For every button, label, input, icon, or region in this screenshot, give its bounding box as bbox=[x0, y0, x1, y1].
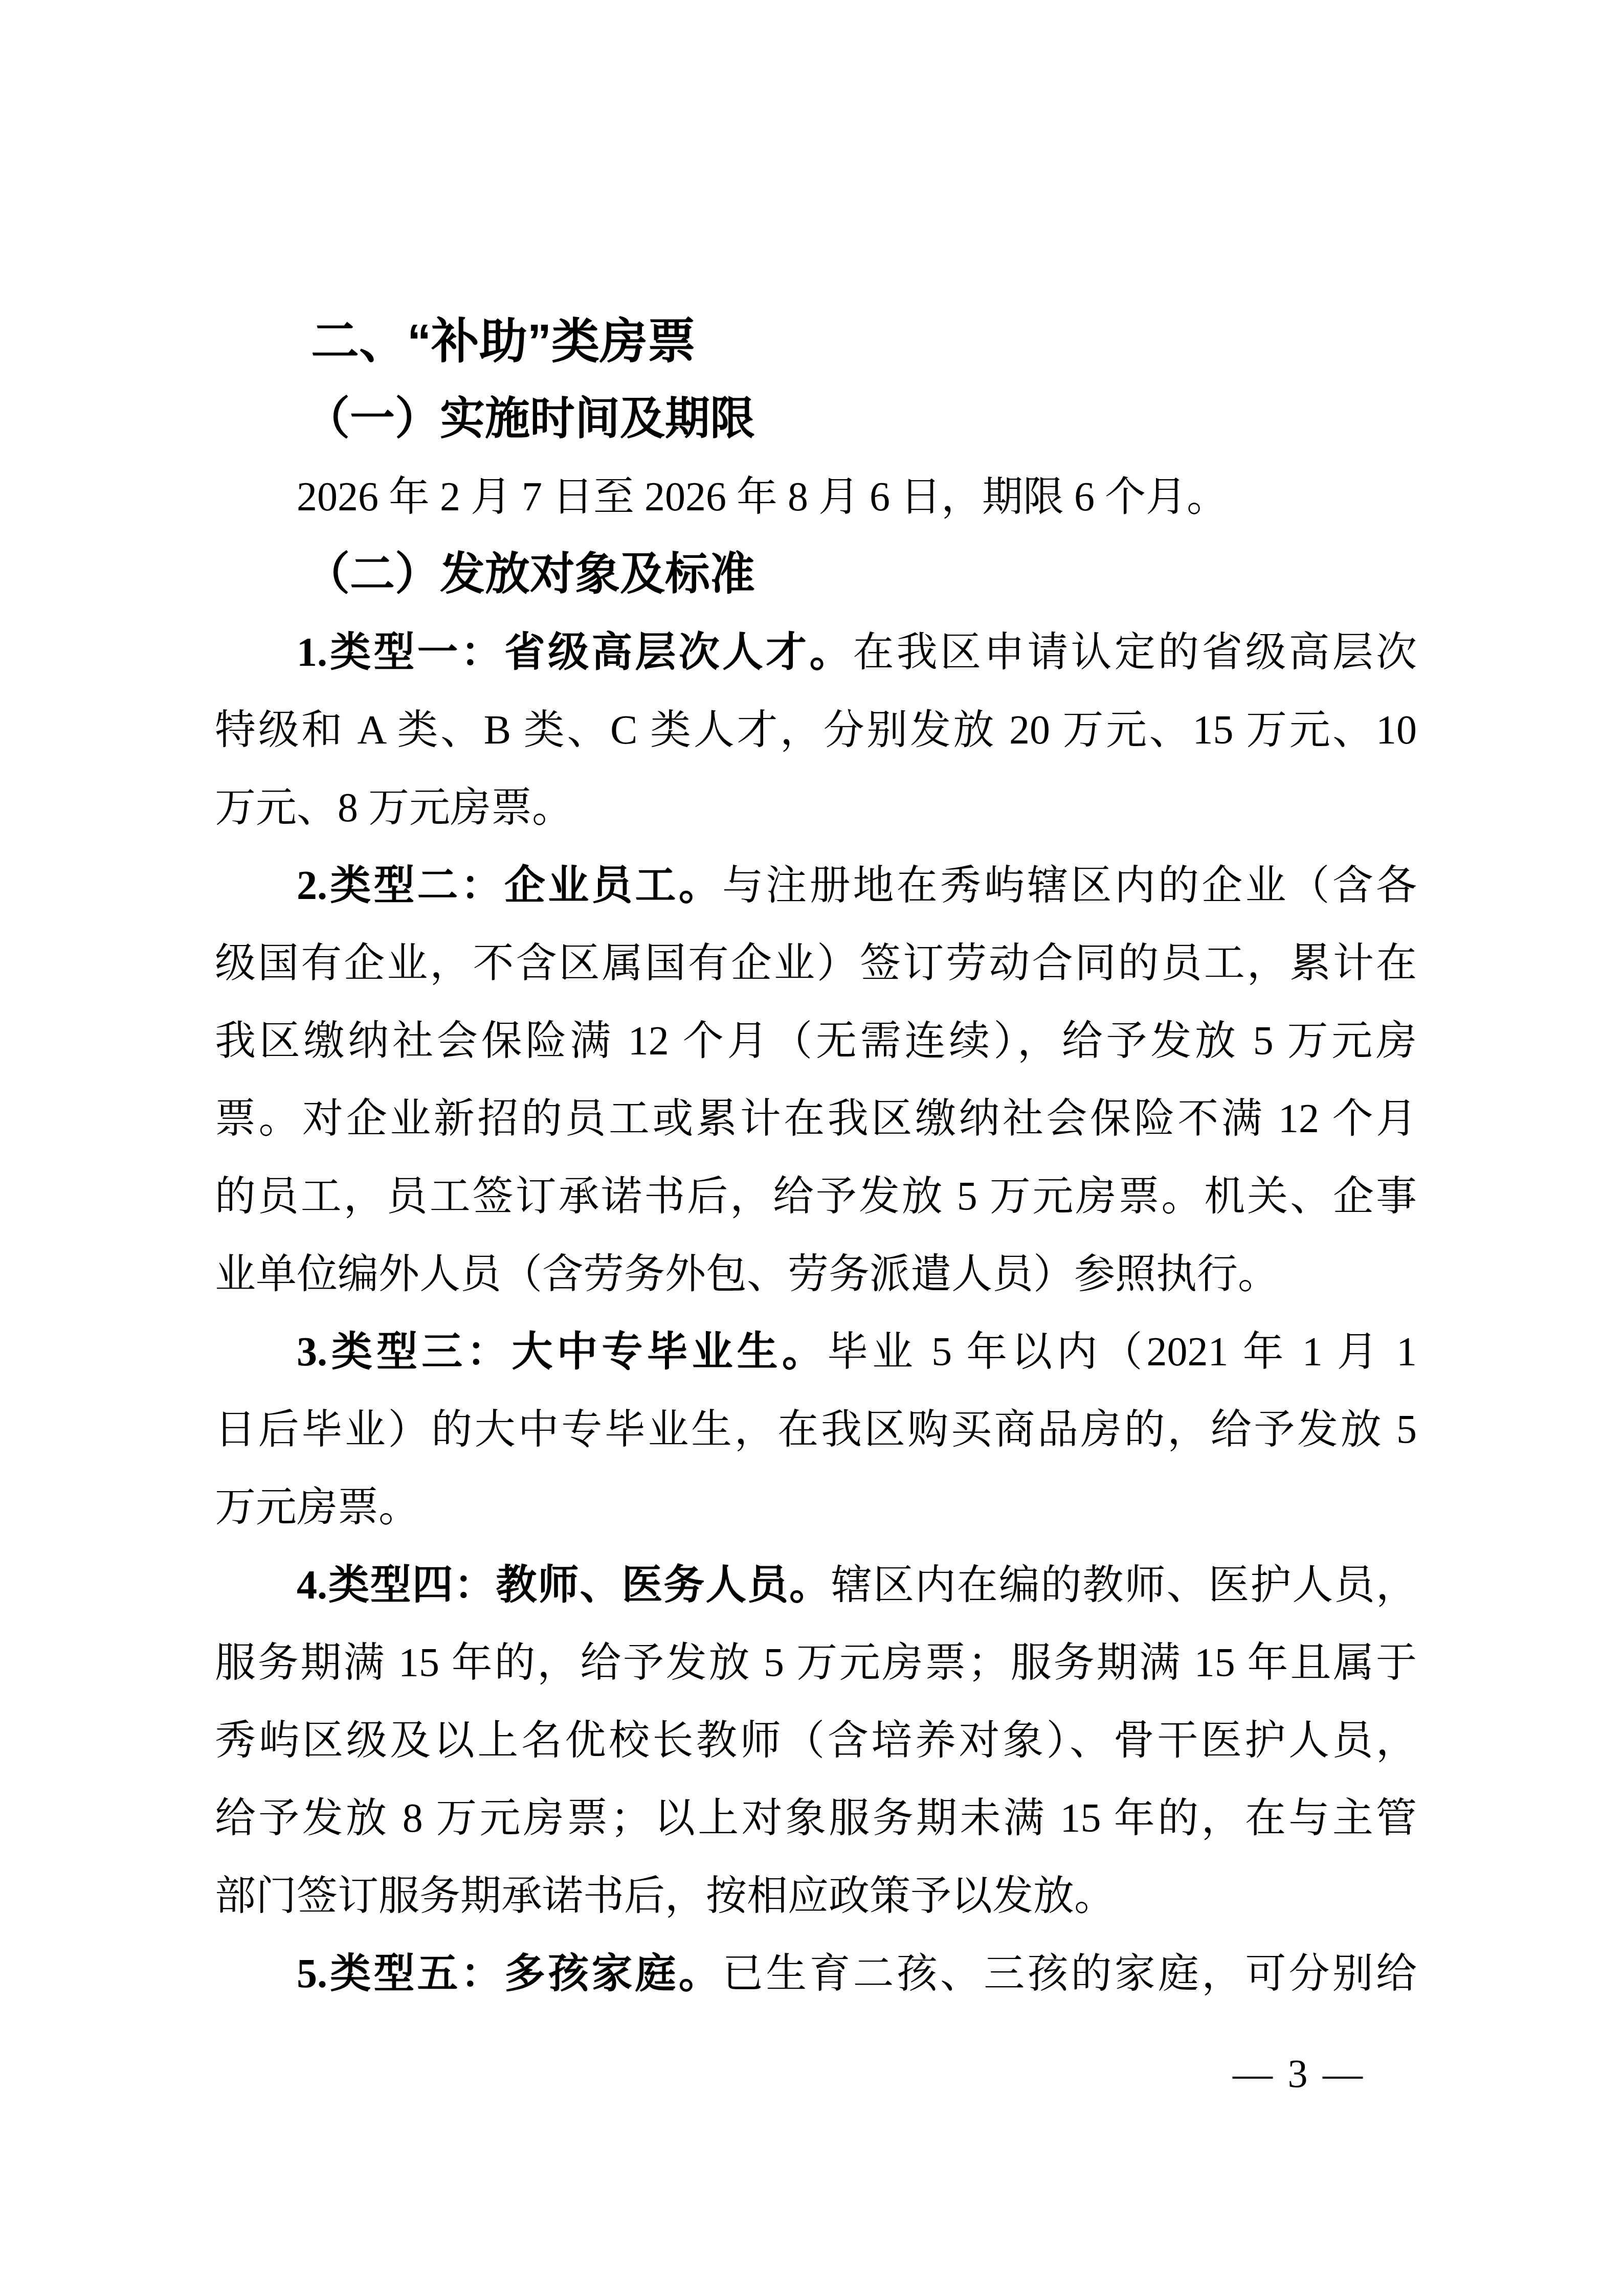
line-text: 2026 年 2 月 7 日至 2026 年 8 月 6 日，期限 6 个月。 bbox=[297, 475, 1228, 520]
line-text: 票。对企业新招的员工或累计在我区缴纳社会保险不满 12 个月 bbox=[215, 1096, 1417, 1141]
line-text: 已生育二孩、三孩的家庭，可分别给 bbox=[722, 1951, 1417, 1996]
paragraph-line: 的员工，员工签订承诺书后，给予发放 5 万元房票。机关、企事 bbox=[215, 1158, 1417, 1235]
heading-subsection-2: （二）发放对象及标准 bbox=[215, 536, 1417, 614]
paragraph-line: 业单位编外人员（含劳务外包、劳务派遣人员）参照执行。 bbox=[215, 1235, 1417, 1313]
line-text: 万元、8 万元房票。 bbox=[215, 785, 573, 830]
line-text: 在我区申请认定的省级高层次 bbox=[853, 630, 1417, 675]
line-text: 级国有企业，不含区属国有企业）签订劳动合同的员工，累计在 bbox=[215, 941, 1417, 986]
paragraph-line: 1.类型一：省级高层次人才。在我区申请认定的省级高层次 bbox=[215, 614, 1417, 691]
line-text: 辖区内在编的教师、医护人员， bbox=[831, 1563, 1417, 1608]
paragraph-line: 部门签订服务期承诺书后，按相应政策予以发放。 bbox=[215, 1857, 1417, 1935]
paragraph-line: 我区缴纳社会保险满 12 个月（无需连续），给予发放 5 万元房 bbox=[215, 1002, 1417, 1080]
paragraph-line: 3.类型三：大中专毕业生。毕业 5 年以内（2021 年 1 月 1 bbox=[215, 1313, 1417, 1391]
paragraph-line: 特级和 A 类、B 类、C 类人才，分别发放 20 万元、15 万元、10 bbox=[215, 691, 1417, 769]
paragraph-line: 级国有企业，不含区属国有企业）签订劳动合同的员工，累计在 bbox=[215, 925, 1417, 1002]
document-page: 二、“补助”类房票 （一）实施时间及期限 2026 年 2 月 7 日至 202… bbox=[0, 0, 1624, 2296]
line-text: 秀屿区级及以上名优校长教师（含培养对象）、骨干医护人员， bbox=[215, 1718, 1417, 1763]
line-text: 特级和 A 类、B 类、C 类人才，分别发放 20 万元、15 万元、10 bbox=[215, 708, 1417, 753]
paragraph-line: 秀屿区级及以上名优校长教师（含培养对象）、骨干医护人员， bbox=[215, 1702, 1417, 1780]
document-body: 二、“补助”类房票 （一）实施时间及期限 2026 年 2 月 7 日至 202… bbox=[215, 303, 1417, 2013]
line-text: 我区缴纳社会保险满 12 个月（无需连续），给予发放 5 万元房 bbox=[215, 1019, 1417, 1064]
line-text: 的员工，员工签订承诺书后，给予发放 5 万元房票。机关、企事 bbox=[215, 1174, 1417, 1219]
paragraph-line: 4.类型四：教师、医务人员。辖区内在编的教师、医护人员， bbox=[215, 1546, 1417, 1624]
paragraph-lead: 2.类型二：企业员工。 bbox=[297, 863, 722, 908]
line-text: 服务期满 15 年的，给予发放 5 万元房票；服务期满 15 年且属于 bbox=[215, 1640, 1417, 1685]
line-text: 万元房票。 bbox=[215, 1485, 419, 1530]
paragraph-line: 2026 年 2 月 7 日至 2026 年 8 月 6 日，期限 6 个月。 bbox=[215, 458, 1417, 536]
heading-subsection-1: （一）实施时间及期限 bbox=[215, 380, 1417, 458]
paragraph-lead: 3.类型三：大中专毕业生。 bbox=[297, 1330, 827, 1375]
paragraph-line: 万元、8 万元房票。 bbox=[215, 769, 1417, 847]
heading-subsection-1-text: （一）实施时间及期限 bbox=[305, 394, 755, 444]
line-text: 业单位编外人员（含劳务外包、劳务派遣人员）参照执行。 bbox=[215, 1252, 1279, 1297]
paragraph-line: 服务期满 15 年的，给予发放 5 万元房票；服务期满 15 年且属于 bbox=[215, 1624, 1417, 1702]
paragraph-line: 给予发放 8 万元房票；以上对象服务期未满 15 年的，在与主管 bbox=[215, 1780, 1417, 1857]
heading-section: 二、“补助”类房票 bbox=[215, 303, 1417, 380]
line-text: 与注册地在秀屿辖区内的企业（含各 bbox=[722, 863, 1417, 908]
paragraph-line: 日后毕业）的大中专毕业生，在我区购买商品房的，给予发放 5 bbox=[215, 1391, 1417, 1469]
heading-subsection-2-text: （二）发放对象及标准 bbox=[305, 550, 755, 599]
paragraph-lead: 1.类型一：省级高层次人才。 bbox=[297, 630, 853, 675]
paragraph-lead: 4.类型四：教师、医务人员。 bbox=[297, 1563, 831, 1608]
heading-section-text: 二、“补助”类房票 bbox=[311, 314, 696, 368]
page-number: — 3 — bbox=[1233, 2048, 1365, 2099]
paragraph-line: 万元房票。 bbox=[215, 1469, 1417, 1546]
paragraph-lead: 5.类型五：多孩家庭。 bbox=[297, 1951, 722, 1996]
line-text: 日后毕业）的大中专毕业生，在我区购买商品房的，给予发放 5 bbox=[215, 1407, 1417, 1452]
line-text: 部门签订服务期承诺书后，按相应政策予以发放。 bbox=[215, 1874, 1115, 1919]
paragraph-line: 5.类型五：多孩家庭。已生育二孩、三孩的家庭，可分别给 bbox=[215, 1935, 1417, 2013]
line-text: 毕业 5 年以内（2021 年 1 月 1 bbox=[827, 1330, 1417, 1375]
paragraph-line: 2.类型二：企业员工。与注册地在秀屿辖区内的企业（含各 bbox=[215, 847, 1417, 925]
paragraph-line: 票。对企业新招的员工或累计在我区缴纳社会保险不满 12 个月 bbox=[215, 1080, 1417, 1158]
line-text: 给予发放 8 万元房票；以上对象服务期未满 15 年的，在与主管 bbox=[215, 1796, 1417, 1841]
